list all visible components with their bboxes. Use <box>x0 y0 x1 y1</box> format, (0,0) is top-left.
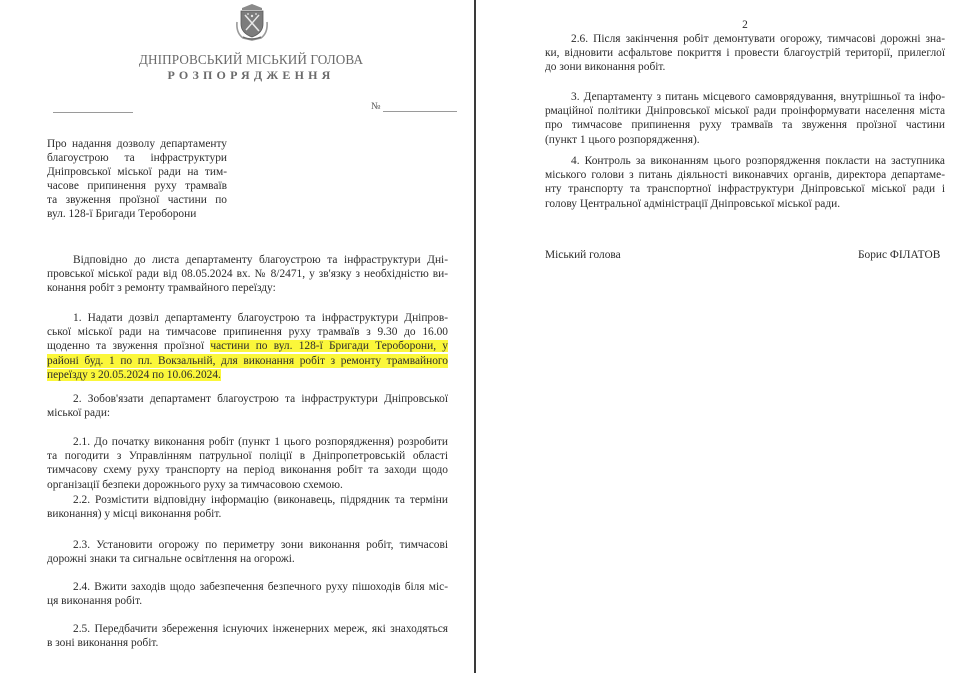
subject-line: часове припинення руху трамваїв <box>47 179 227 193</box>
item-2-paragraph: 2. Зобов'язати департамент благоустрою т… <box>47 392 448 420</box>
highlighted-text: районі буд. 1 по пл. Вокзальній, для вик… <box>47 354 448 368</box>
preamble-paragraph: Відповідно до листа департаменту благоус… <box>47 253 448 296</box>
item-2-4-paragraph: 2.4. Вжити заходів щодо забезпечення без… <box>47 580 448 608</box>
page-divider <box>474 0 476 673</box>
dnipro-coat-of-arms-icon <box>233 2 271 42</box>
date-blank-line <box>53 112 133 113</box>
item-2-2-paragraph: 2.2. Розмістити відповідну інформацію (в… <box>47 493 448 521</box>
item-1-paragraph: 1. Надати дозвіл департаменту благоустро… <box>47 311 448 382</box>
document-type: РОЗПОРЯДЖЕННЯ <box>0 68 502 83</box>
subject-line: та звуження проїзної частини по <box>47 193 227 207</box>
number-label: № <box>371 101 381 112</box>
signature-name: Борис ФІЛАТОВ <box>858 249 940 261</box>
item-4-paragraph: 4. Контроль за виконанням цього розпоряд… <box>545 154 945 211</box>
item-2-1-paragraph: 2.1. До початку виконання робіт (пункт 1… <box>47 435 448 492</box>
item-2-6-paragraph: 2.6. Після закінчення робіт демонтувати … <box>545 32 945 75</box>
highlighted-text: переїзду з 20.05.2024 по 10.06.2024. <box>47 369 221 381</box>
item-3-paragraph: 3. Департаменту з питань місцевого самов… <box>545 90 945 147</box>
item-2-3-paragraph: 2.3. Установити огорожу по периметру зон… <box>47 538 448 566</box>
page-number: 2 <box>545 19 945 31</box>
signature-title: Міський голова <box>545 249 621 261</box>
subject-line: Про надання дозволу департаменту <box>47 137 227 151</box>
item-2-5-paragraph: 2.5. Передбачити збереження існуючих інж… <box>47 622 448 650</box>
number-blank-line <box>383 101 457 112</box>
subject-line: Дніпровської міської ради на тим- <box>47 165 227 179</box>
highlighted-text: частини по вул. 128-ї Бригади Тероборони… <box>210 340 448 352</box>
subject-line: благоустрою та інфраструктури <box>47 151 227 165</box>
subject-line: вул. 128-ї Бригади Тероборони <box>47 207 227 221</box>
subject-block: Про надання дозволу департаменту благоус… <box>47 137 227 221</box>
issuer-title: ДНІПРОВСЬКИЙ МІСЬКИЙ ГОЛОВА <box>0 52 502 68</box>
document-number-field: № <box>371 101 457 112</box>
document-page-1: ДНІПРОВСЬКИЙ МІСЬКИЙ ГОЛОВА РОЗПОРЯДЖЕНН… <box>0 0 475 673</box>
